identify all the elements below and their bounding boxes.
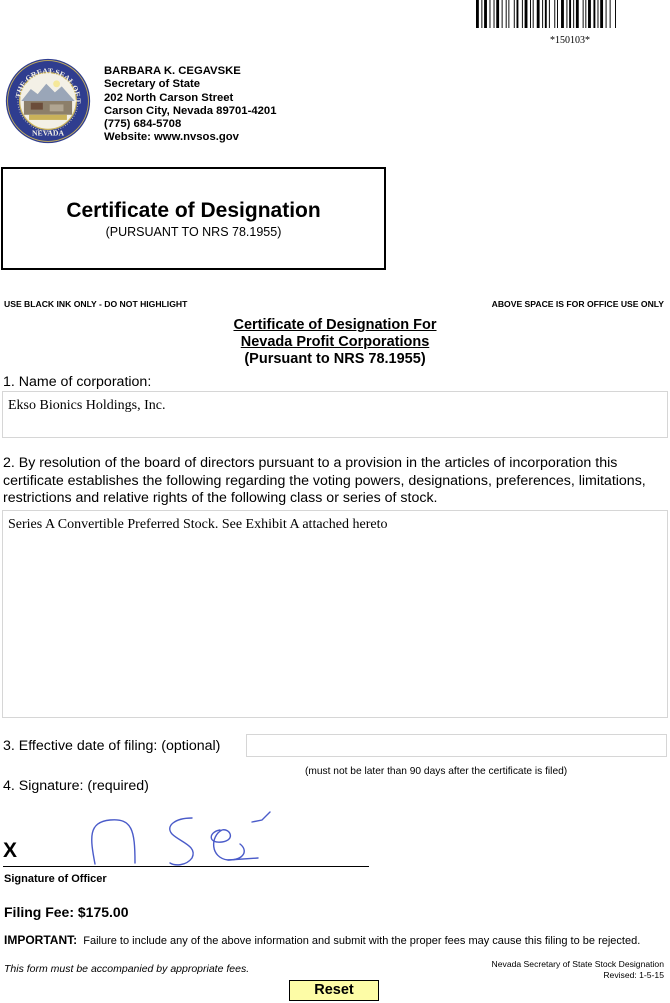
resolution-label: 2. By resolution of the board of directo… (3, 455, 670, 508)
fees-notice: This form must be accompanied by appropr… (4, 963, 249, 975)
phone-number: (775) 684-5708 (104, 118, 276, 131)
corporation-name-field[interactable]: Ekso Bionics Holdings, Inc. (2, 391, 668, 438)
office-use-notice: ABOVE SPACE IS FOR OFFICE USE ONLY (492, 299, 664, 309)
effective-date-label: 3. Effective date of filing: (optional) (3, 738, 220, 754)
reset-button[interactable]: Reset (289, 980, 379, 1001)
important-label: IMPORTANT: (4, 933, 77, 947)
secretary-title: Secretary of State (104, 78, 276, 91)
agency-address-block: BARBARA K. CEGAVSKE Secretary of State 2… (104, 65, 276, 145)
effective-date-field[interactable] (246, 734, 667, 757)
ink-instruction: USE BLACK INK ONLY - DO NOT HIGHLIGHT (4, 299, 187, 309)
important-notice: IMPORTANT: Failure to include any of the… (4, 933, 640, 947)
form-footer: Nevada Secretary of State Stock Designat… (492, 959, 664, 981)
stock-designation-field[interactable]: Series A Convertible Preferred Stock. Se… (2, 510, 668, 718)
form-title-line-2: Nevada Profit Corporations (0, 334, 670, 351)
signature-x-mark: X (3, 839, 17, 863)
handwritten-signature[interactable] (80, 808, 310, 868)
form-title: Certificate of Designation For Nevada Pr… (0, 317, 670, 368)
effective-date-note: (must not be later than 90 days after th… (305, 766, 567, 777)
signature-caption: Signature of Officer (4, 873, 107, 885)
city-state-zip: Carson City, Nevada 89701-4201 (104, 105, 276, 118)
svg-text:NEVADA: NEVADA (32, 128, 65, 137)
form-title-line-1: Certificate of Designation For (0, 317, 670, 334)
form-name: Nevada Secretary of State Stock Designat… (492, 959, 664, 970)
signature-line (3, 866, 369, 867)
form-title-line-3: (Pursuant to NRS 78.1955) (0, 351, 670, 368)
important-text: Failure to include any of the above info… (83, 935, 640, 947)
secretary-name: BARBARA K. CEGAVSKE (104, 65, 276, 78)
certificate-title-box: Certificate of Designation (PURSUANT TO … (1, 167, 386, 270)
filing-fee: Filing Fee: $175.00 (4, 904, 129, 920)
certificate-title: Certificate of Designation (3, 199, 384, 223)
certificate-subtitle: (PURSUANT TO NRS 78.1955) (3, 225, 384, 239)
street-address: 202 North Carson Street (104, 92, 276, 105)
signature-label: 4. Signature: (required) (3, 778, 149, 794)
state-seal-icon: THE GREAT SEAL OF THE STATE OF NEVADA (5, 58, 91, 144)
corporation-name-label: 1. Name of corporation: (3, 374, 151, 390)
website: Website: www.nvsos.gov (104, 131, 276, 144)
barcode-icon (476, 0, 664, 28)
revision-date: Revised: 1-5-15 (492, 970, 664, 981)
barcode-number: *150103* (476, 35, 664, 46)
